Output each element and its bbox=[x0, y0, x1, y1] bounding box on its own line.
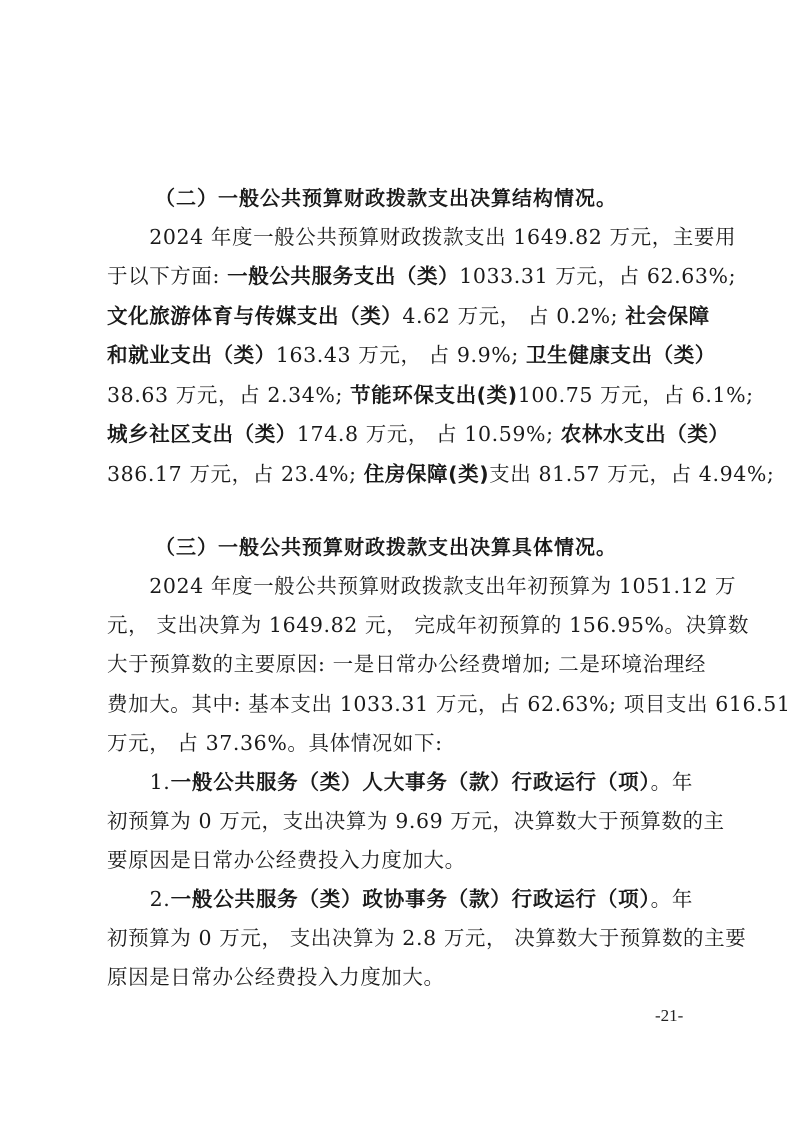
section-2-line: 城乡社区支出（类）174.8 万元， 占 10.59%; 农林水支出（类） bbox=[107, 420, 693, 448]
bold-term: 社会保障 bbox=[625, 304, 709, 328]
section-2-line: 386.17 万元，占 23.4%; 住房保障(类)支出 81.57 万元，占 … bbox=[107, 460, 693, 488]
section-3-line: 费加大。其中: 基本支出 1033.31 万元，占 62.63%; 项目支出 6… bbox=[107, 690, 693, 718]
section-2-line: 38.63 万元，占 2.34%; 节能环保支出(类)100.75 万元，占 6… bbox=[107, 381, 693, 409]
text-run: 于以下方面: bbox=[107, 264, 227, 288]
text-run: 初预算为 0 万元， 支出决算为 2.8 万元， 决算数大于预算数的主要 bbox=[107, 926, 746, 950]
text-run: 386.17 万元，占 23.4%; bbox=[107, 462, 364, 486]
text-run: 38.63 万元，占 2.34%; bbox=[107, 383, 350, 407]
section-3-line: 大于预算数的主要原因: 一是日常办公经费增加; 二是环境治理经 bbox=[107, 650, 693, 678]
section-3-line: 万元， 占 37.36%。具体情况如下: bbox=[107, 729, 693, 757]
section-2-line: 于以下方面: 一般公共服务支出（类）1033.31 万元，占 62.63%; bbox=[107, 262, 693, 290]
section-2-line: 和就业支出（类）163.43 万元， 占 9.9%; 卫生健康支出（类） bbox=[107, 341, 693, 369]
section-2-line: 2024 年度一般公共预算财政拨款支出 1649.82 万元，主要用 bbox=[107, 223, 693, 251]
section-2-line: 文化旅游体育与传媒支出（类）4.62 万元， 占 0.2%; 社会保障 bbox=[107, 302, 693, 330]
page-number: -21- bbox=[655, 1006, 683, 1026]
text-run: 1033.31 万元，占 62.63%; bbox=[459, 264, 736, 288]
bold-term: 节能环保支出(类) bbox=[350, 383, 518, 407]
bold-term: 和就业支出（类） bbox=[107, 343, 276, 367]
bold-term: 一般公共服务（类）政协事务（款）行政运行（项） bbox=[170, 887, 650, 911]
section-2-heading: （二）一般公共预算财政拨款支出决算结构情况。 bbox=[155, 184, 741, 212]
section-3-line: 元， 支出决算为 1649.82 元， 完成年初预算的 156.95%。决算数 bbox=[107, 611, 693, 639]
text-run: 174.8 万元， 占 10.59%; bbox=[297, 422, 561, 446]
text-run: 100.75 万元，占 6.1%; bbox=[518, 383, 754, 407]
bold-term: 住房保障(类) bbox=[364, 462, 489, 486]
text-run: 费加大。其中: 基本支出 1033.31 万元，占 62.63%; 项目支出 6… bbox=[107, 692, 791, 716]
item-2-line: 原因是日常办公经费投入力度加大。 bbox=[107, 963, 693, 991]
text-run: 元， 支出决算为 1649.82 元， 完成年初预算的 156.95%。决算数 bbox=[107, 613, 749, 637]
item-2-line: 2.一般公共服务（类）政协事务（款）行政运行（项）。年 bbox=[107, 885, 693, 913]
item-1-line: 要原因是日常办公经费投入力度加大。 bbox=[107, 846, 693, 874]
section-3-line: 2024 年度一般公共预算财政拨款支出年初预算为 1051.12 万 bbox=[107, 572, 693, 600]
bold-term: 卫生健康支出（类） bbox=[526, 343, 716, 367]
text-run: 1. bbox=[107, 770, 170, 794]
text-run: 2. bbox=[107, 887, 170, 911]
section-3-heading: （三）一般公共预算财政拨款支出决算具体情况。 bbox=[155, 533, 741, 561]
text-run: 要原因是日常办公经费投入力度加大。 bbox=[107, 848, 466, 872]
text-run: 2024 年度一般公共预算财政拨款支出年初预算为 1051.12 万 bbox=[107, 574, 736, 598]
bold-term: 一般公共服务支出（类） bbox=[227, 264, 459, 288]
bold-term: 一般公共服务（类）人大事务（款）行政运行（项） bbox=[170, 770, 650, 794]
item-1-line: 初预算为 0 万元，支出决算为 9.69 万元，决算数大于预算数的主 bbox=[107, 807, 693, 835]
text-run: 大于预算数的主要原因: 一是日常办公经费增加; 二是环境治理经 bbox=[107, 652, 706, 676]
text-run: 163.43 万元， 占 9.9%; bbox=[276, 343, 526, 367]
text-run: 。年 bbox=[651, 887, 693, 911]
text-run: 4.62 万元， 占 0.2%; bbox=[402, 304, 625, 328]
text-run: 。年 bbox=[651, 770, 693, 794]
bold-term: 城乡社区支出（类） bbox=[107, 422, 297, 446]
bold-term: 文化旅游体育与传媒支出（类） bbox=[107, 304, 402, 328]
text-run: 2024 年度一般公共预算财政拨款支出 1649.82 万元，主要用 bbox=[107, 225, 736, 249]
item-1-line: 1.一般公共服务（类）人大事务（款）行政运行（项）。年 bbox=[107, 768, 693, 796]
text-run: 初预算为 0 万元，支出决算为 9.69 万元，决算数大于预算数的主 bbox=[107, 809, 725, 833]
text-run: 支出 81.57 万元，占 4.94%; bbox=[489, 462, 774, 486]
item-2-line: 初预算为 0 万元， 支出决算为 2.8 万元， 决算数大于预算数的主要 bbox=[107, 924, 693, 952]
text-run: 原因是日常办公经费投入力度加大。 bbox=[107, 965, 445, 989]
text-run: 万元， 占 37.36%。具体情况如下: bbox=[107, 731, 443, 755]
bold-term: 农林水支出（类） bbox=[561, 422, 730, 446]
